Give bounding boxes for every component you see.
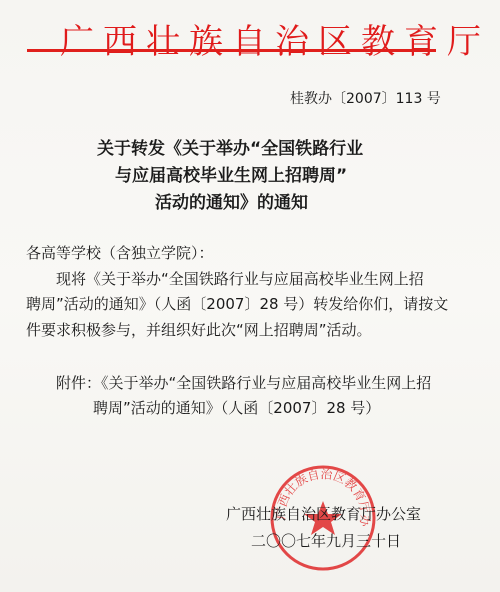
header-red-rule — [27, 49, 436, 52]
salutation: 各高等学校（含独立学院）： — [26, 242, 214, 263]
title-line-2: 与应届高校毕业生网上招聘周” — [115, 161, 500, 186]
title-line-1: 关于转发《关于举办“全国铁路行业 — [97, 134, 500, 159]
body-line-1: 现将《关于举办“全国铁路行业与应届高校毕业生网上招 — [56, 268, 424, 289]
attachment-line-1: 附件：《关于举办“全国铁路行业与应届高校毕业生网上招 — [56, 372, 431, 393]
title-line-3: 活动的通知》的通知 — [155, 188, 500, 213]
attachment-line-2: 聘周”活动的通知》（人函〔2007〕28 号） — [93, 397, 380, 418]
issuer-header: 广西壮族自治区教育厅 — [60, 14, 490, 63]
signature-office: 广西壮族自治区教育厅办公室 — [226, 503, 421, 524]
document-page: 广西壮族自治区教育厅 桂教办〔2007〕113 号 关于转发《关于举办“全国铁路… — [0, 0, 500, 592]
body-line-3: 件要求积极参与，并组织好此次“网上招聘周”活动。 — [26, 319, 372, 340]
body-line-2: 聘周”活动的通知》（人函〔2007〕28 号）转发给你们，请按文 — [26, 293, 448, 314]
signature-date: 二〇〇七年九月三十日 — [251, 530, 401, 551]
document-number: 桂教办〔2007〕113 号 — [290, 88, 441, 108]
